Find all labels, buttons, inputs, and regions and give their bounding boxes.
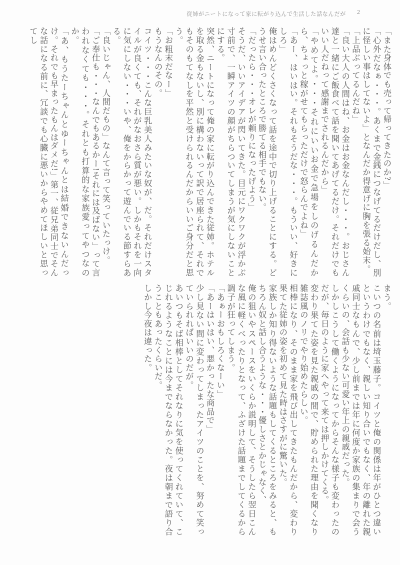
paragraph: そうだ、いいアイデアが閃いてきた。目元にワクワクが浮かぶ寸前で、一瞬アイツの顔が… <box>215 27 246 277</box>
paragraph: 「あー、はいはい。それもそうだな・・・。もういい、好きにしろ」 <box>278 27 299 277</box>
paragraph: しかし今夜は違った。 <box>142 284 152 536</box>
paragraph: コイツ・・・こんな巨乳美人みたいな奴が、だ。それだけスタイルが良くても、それがな… <box>111 27 153 277</box>
book-page: 従姉がニートになって家に転がり込んで生活した話なんだが 2 「また身体でも売って… <box>0 0 400 565</box>
paragraph: 相棒になり、そのまま家を飛び出してきたもんだから、変わり果てた従姉の姿を初めて見… <box>278 284 299 536</box>
paragraph: 「だったら・・・オレが頼りになったげよう」 <box>246 27 256 277</box>
paragraph: 俺の狙いやスペースをいくらか説明して、そうしたら翌日こんな風に軽くべったりとなっ… <box>226 284 257 536</box>
paragraph: もうなんのその。 <box>153 27 163 277</box>
paragraph: 「良い大人の人間はね、お金はお金なんだし・・・。おじさん達と一緒にご飯食べて話を… <box>319 27 350 277</box>
paragraph: 「良いじゃん、人間だもの」なんて言って笑っていたっけ。 <box>101 27 111 277</box>
paragraph: あいつもそば相棒としてそれなりに気を使ってくれていて、こじれるようなことには今ま… <box>153 284 184 536</box>
paragraph: 「また身体でも売って帰ってきたのか?」 <box>382 27 392 277</box>
page-header: 従姉がニートになって家に転がり込んで生活した話なんだが 2 <box>0 8 400 20</box>
paragraph: 俺はめんどくさくなって話を途中で切り上げることにする。どうせ言い合ったところで勝… <box>257 27 278 277</box>
text-block-upper: 「また身体でも売って帰ってきたのか?」「心外だなぁ・・・。あくまで金銭につなげて… <box>12 27 392 277</box>
running-title: 従姉がニートになって家に転がり込んで生活した話なんだが <box>187 10 346 18</box>
paragraph: こいつの名前は埼玉藤子。コイツと俺の関係は年がひとつ違いというわけでもなく、親し… <box>340 284 382 536</box>
paragraph: 家族しか知り得ないような話題もしてくるところをみると、もちろん奴と話し合うような… <box>257 284 278 536</box>
paragraph: 「あぁーおもしろくなーい」 <box>215 284 225 536</box>
paragraph: 「あーはいはい、悪かったな商品で」 <box>205 284 215 536</box>
paragraph: 少し見ない間に変わってしまったアイツのことを、努めて笑っていられればいいのだが。 <box>184 284 205 536</box>
paragraph: 「あ、もうたーちゃんとゆーちゃんとは結婚できないんだっけ。それでも早まったもんは… <box>28 27 70 277</box>
paragraph: 突然、ニートになって俺の家に転がり込んできた従姉。ホテルを取る金もないし、別に構… <box>173 27 215 277</box>
page-number: 2 <box>357 10 360 16</box>
paragraph: 「上品ぶってるんだね」 <box>350 27 360 277</box>
paragraph: 変わり果てた姿を見た親戚の間で、貯められた理由を聞くなり雑誌風のノリでやり始めた… <box>298 284 319 536</box>
text-block-lower: まう。こいつの名前は埼玉藤子。コイツと俺の関係は年がひとつ違いというわけでもなく… <box>12 284 392 536</box>
paragraph: 「お粗末だなー」 <box>163 27 173 277</box>
paragraph: 「ご奉仕も・・・なんでもあるかー!それには及ばない」って言われなくても・・・。そ… <box>69 27 100 277</box>
paragraph: しかしこうして働くようになってからそんな様子も変わったのだが、毎日のように家へや… <box>319 284 340 536</box>
paragraph: 「心外だなぁ・・・。あくまで金銭につなげてるだけだし、別に怪しい事はしてないよ」… <box>361 27 382 277</box>
paragraph: まう。 <box>382 284 392 536</box>
paragraph: 「やめてよ。・・・それにいいお金で急場をしのげるんだから、ちょっと稼がせてもらっ… <box>298 27 319 277</box>
